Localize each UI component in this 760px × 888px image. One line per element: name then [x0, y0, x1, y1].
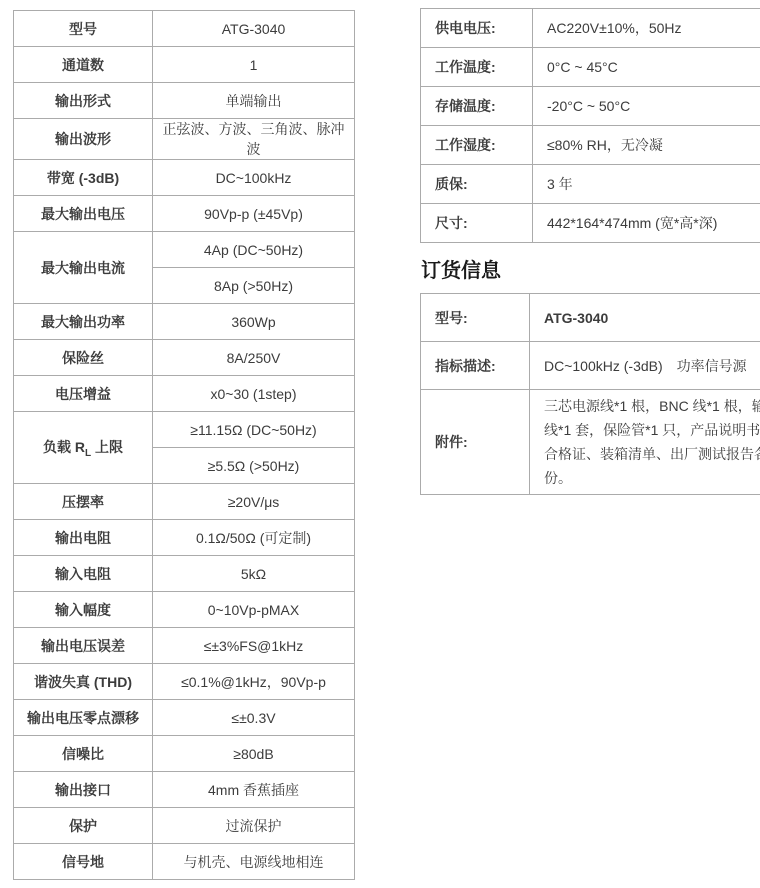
spec-label: 通道数 — [14, 47, 153, 83]
table-row: 谐波失真 (THD) ≤0.1%@1kHz，90Vp-p — [14, 664, 355, 700]
param-value: 3 年 — [533, 165, 760, 204]
table-row: 负载 RL 上限 ≥11.15Ω (DC~50Hz) — [14, 412, 355, 448]
spec-label: 输入幅度 — [14, 592, 153, 628]
param-label: 存储温度: — [421, 87, 533, 126]
spec-label: 信号地 — [14, 844, 153, 880]
table-row: 输出电阻 0.1Ω/50Ω (可定制) — [14, 520, 355, 556]
page: { "colors": { "text": "#3c3c3c", "border… — [0, 0, 760, 888]
param-label: 尺寸: — [421, 204, 533, 243]
spec-value: 8Ap (>50Hz) — [153, 268, 355, 304]
spec-value: 0.1Ω/50Ω (可定制) — [153, 520, 355, 556]
spec-value: DC~100kHz — [153, 160, 355, 196]
table-row: 带宽 (-3dB) DC~100kHz — [14, 160, 355, 196]
param-value: 0°C ~ 45°C — [533, 48, 760, 87]
spec-value: 与机壳、电源线地相连 — [153, 844, 355, 880]
spec-value: ≥11.15Ω (DC~50Hz) — [153, 412, 355, 448]
spec-label: 最大输出功率 — [14, 304, 153, 340]
spec-label: 最大输出电流 — [14, 232, 153, 304]
spec-label-text: 上限 — [91, 439, 123, 455]
param-label: 工作温度: — [421, 48, 533, 87]
order-info-table: 型号: ATG-3040 指标描述: DC~100kHz (-3dB) 功率信号… — [420, 293, 760, 495]
spec-label: 输出电阻 — [14, 520, 153, 556]
spec-value: 5kΩ — [153, 556, 355, 592]
spec-label: 输入电阻 — [14, 556, 153, 592]
table-row: 型号: ATG-3040 — [421, 294, 760, 342]
table-row: 最大输出电压 90Vp-p (±45Vp) — [14, 196, 355, 232]
table-row: 尺寸: 442*164*474mm (宽*高*深) — [421, 204, 760, 243]
spec-value: 90Vp-p (±45Vp) — [153, 196, 355, 232]
spec-label: 输出形式 — [14, 83, 153, 119]
table-row: 输入电阻 5kΩ — [14, 556, 355, 592]
order-value: 三芯电源线*1 根，BNC 线*1 根，输出线*1 套，保险管*1 只，产品说明… — [530, 390, 760, 495]
spec-value: 1 — [153, 47, 355, 83]
table-row: 输入幅度 0~10Vp-pMAX — [14, 592, 355, 628]
spec-label: 输出波形 — [14, 119, 153, 160]
spec-value: 8A/250V — [153, 340, 355, 376]
table-row: 输出电压误差 ≤±3%FS@1kHz — [14, 628, 355, 664]
spec-label: 保护 — [14, 808, 153, 844]
spec-value: ≤0.1%@1kHz，90Vp-p — [153, 664, 355, 700]
order-label: 附件: — [421, 390, 530, 495]
spec-label: 保险丝 — [14, 340, 153, 376]
spec-value: x0~30 (1step) — [153, 376, 355, 412]
order-value: ATG-3040 — [530, 294, 760, 342]
order-value: DC~100kHz (-3dB) 功率信号源 — [530, 342, 760, 390]
table-row: 压摆率 ≥20V/μs — [14, 484, 355, 520]
spec-value: ≥80dB — [153, 736, 355, 772]
table-row: 输出接口 4mm 香蕉插座 — [14, 772, 355, 808]
table-row: 信号地 与机壳、电源线地相连 — [14, 844, 355, 880]
param-value: ≤80% RH，无冷凝 — [533, 126, 760, 165]
table-row: 型号 ATG-3040 — [14, 11, 355, 47]
spec-value: ≥20V/μs — [153, 484, 355, 520]
table-row: 工作温度: 0°C ~ 45°C — [421, 48, 760, 87]
param-label: 供电电压: — [421, 9, 533, 48]
table-row: 保险丝 8A/250V — [14, 340, 355, 376]
spec-label: 电压增益 — [14, 376, 153, 412]
table-row: 指标描述: DC~100kHz (-3dB) 功率信号源 — [421, 342, 760, 390]
order-label: 指标描述: — [421, 342, 530, 390]
table-row: 通道数 1 — [14, 47, 355, 83]
spec-label: 最大输出电压 — [14, 196, 153, 232]
order-info-heading: 订货信息 — [421, 254, 501, 283]
spec-label: 压摆率 — [14, 484, 153, 520]
spec-value: 0~10Vp-pMAX — [153, 592, 355, 628]
spec-value: 正弦波、方波、三角波、脉冲波 — [153, 119, 355, 160]
table-row: 保护 过流保护 — [14, 808, 355, 844]
spec-value: 单端输出 — [153, 83, 355, 119]
order-label: 型号: — [421, 294, 530, 342]
spec-value: ATG-3040 — [153, 11, 355, 47]
spec-value: ≥5.5Ω (>50Hz) — [153, 448, 355, 484]
spec-label: 谐波失真 (THD) — [14, 664, 153, 700]
table-row: 质保: 3 年 — [421, 165, 760, 204]
spec-value: 过流保护 — [153, 808, 355, 844]
spec-value: ≤±0.3V — [153, 700, 355, 736]
general-params-table: 供电电压: AC220V±10%，50Hz 工作温度: 0°C ~ 45°C 存… — [420, 8, 760, 243]
spec-value: ≤±3%FS@1kHz — [153, 628, 355, 664]
spec-label: 负载 RL 上限 — [14, 412, 153, 484]
spec-label: 型号 — [14, 11, 153, 47]
table-row: 供电电压: AC220V±10%，50Hz — [421, 9, 760, 48]
param-value: AC220V±10%，50Hz — [533, 9, 760, 48]
spec-label: 输出电压误差 — [14, 628, 153, 664]
table-row: 电压增益 x0~30 (1step) — [14, 376, 355, 412]
table-row: 最大输出电流 4Ap (DC~50Hz) — [14, 232, 355, 268]
spec-value: 4Ap (DC~50Hz) — [153, 232, 355, 268]
spec-label-text: 负载 R — [43, 439, 85, 455]
table-row: 附件: 三芯电源线*1 根，BNC 线*1 根，输出线*1 套，保险管*1 只，… — [421, 390, 760, 495]
table-row: 输出波形 正弦波、方波、三角波、脉冲波 — [14, 119, 355, 160]
param-value: 442*164*474mm (宽*高*深) — [533, 204, 760, 243]
spec-label: 信噪比 — [14, 736, 153, 772]
table-row: 最大输出功率 360Wp — [14, 304, 355, 340]
param-label: 工作湿度: — [421, 126, 533, 165]
spec-label: 输出电压零点漂移 — [14, 700, 153, 736]
table-row: 工作湿度: ≤80% RH，无冷凝 — [421, 126, 760, 165]
param-label: 质保: — [421, 165, 533, 204]
spec-value: 4mm 香蕉插座 — [153, 772, 355, 808]
table-row: 输出电压零点漂移 ≤±0.3V — [14, 700, 355, 736]
spec-label: 带宽 (-3dB) — [14, 160, 153, 196]
table-row: 输出形式 单端输出 — [14, 83, 355, 119]
table-row: 存储温度: -20°C ~ 50°C — [421, 87, 760, 126]
table-row: 信噪比 ≥80dB — [14, 736, 355, 772]
param-value: -20°C ~ 50°C — [533, 87, 760, 126]
spec-table: 型号 ATG-3040 通道数 1 输出形式 单端输出 输出波形 正弦波、方波、… — [13, 10, 355, 880]
spec-label: 输出接口 — [14, 772, 153, 808]
spec-value: 360Wp — [153, 304, 355, 340]
